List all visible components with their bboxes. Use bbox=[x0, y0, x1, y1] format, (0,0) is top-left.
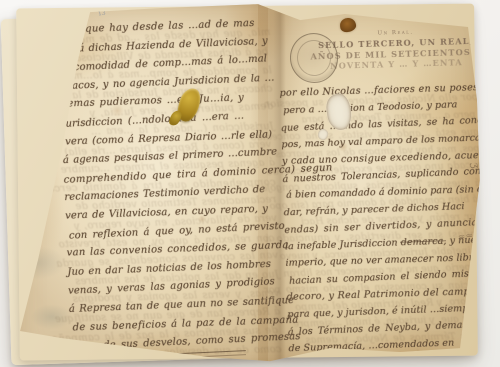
right-page-text: por ello Nicolas …faciores en su posesio… bbox=[279, 79, 482, 358]
manuscript-photo: mia, que hay desde las …ad de masba á di… bbox=[0, 0, 500, 367]
left-page-text: mia, que hay desde las …ad de masba á di… bbox=[57, 14, 278, 357]
open-manuscript-spread: mia, que hay desde las …ad de masba á di… bbox=[14, 2, 484, 364]
folio-number: 13. bbox=[485, 8, 500, 20]
margin-flourish: ≈≈ bbox=[457, 231, 473, 243]
